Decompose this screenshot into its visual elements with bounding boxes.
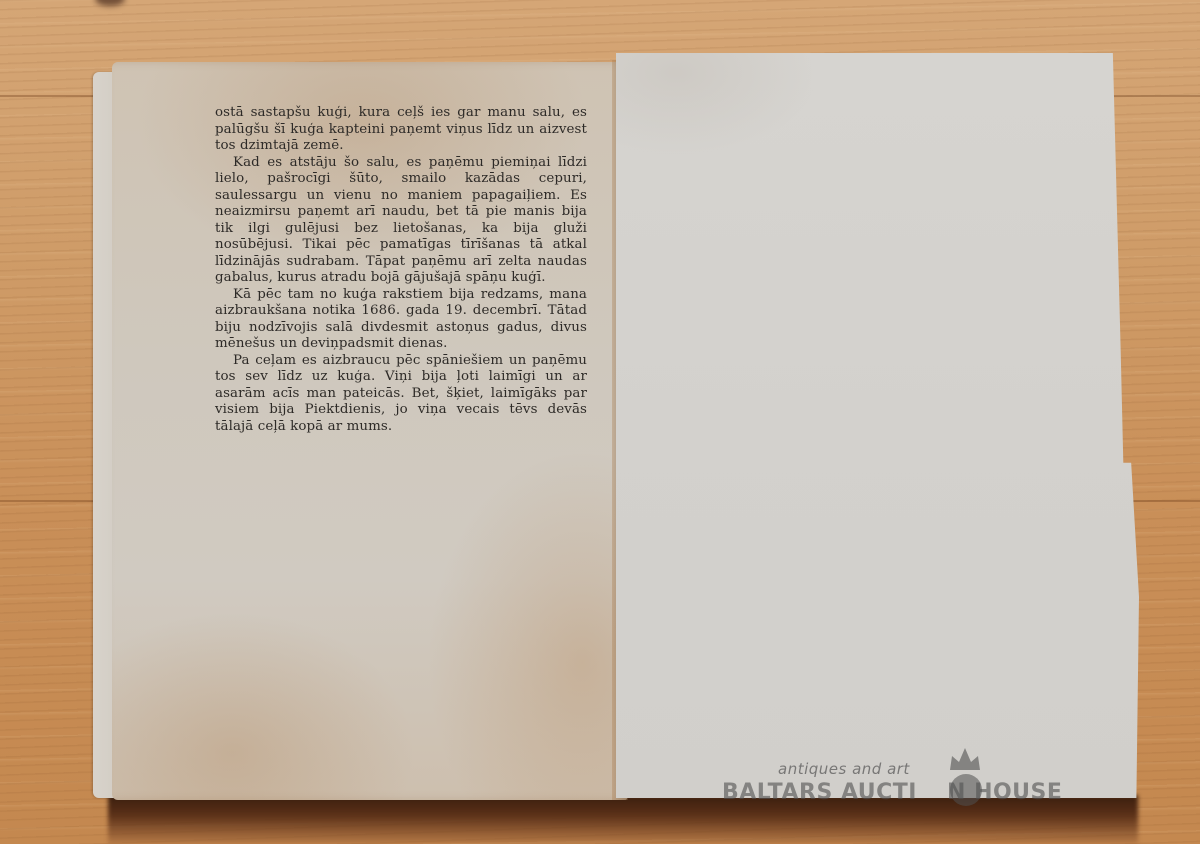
left-page-text: ostā sastapšu kuģi, kura ceļš ies gar ma… [215, 105, 587, 435]
paragraph: ostā sastapšu kuģi, kura ceļš ies gar ma… [215, 105, 587, 155]
right-page [616, 53, 1139, 798]
book-shadow [108, 795, 1138, 844]
object-shadow [95, 0, 125, 6]
paragraph: Kā pēc tam no kuģa rakstiem bija redzams… [215, 287, 587, 353]
paragraph: Pa ceļam es aizbraucu pēc spāniešiem un … [215, 353, 587, 436]
paragraph: Kad es atstāju šo salu, es paņēmu piemiņ… [215, 155, 587, 287]
